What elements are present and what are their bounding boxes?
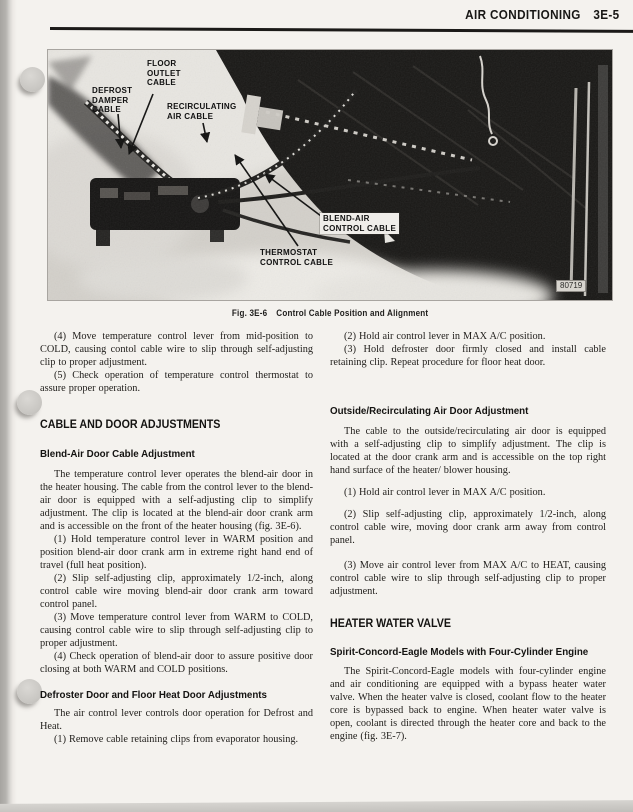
photo-label-floor-outlet-cable: FLOOR OUTLET CABLE bbox=[147, 59, 181, 88]
outside-recirc-step-1: (1) Hold air control lever in MAX A/C po… bbox=[330, 486, 606, 499]
outside-recirc-intro: The cable to the outside/recirculating a… bbox=[330, 425, 606, 477]
section-heading-cable-and-door-adjustments: CABLE AND DOOR ADJUSTMENTS bbox=[40, 419, 313, 431]
punch-hole-bottom bbox=[17, 679, 42, 704]
punch-hole-middle bbox=[17, 390, 42, 415]
photo-label-defrost-damper-cable: DEFROST DAMPER CABLE bbox=[92, 86, 132, 115]
subheading-spirit-concord-eagle-four-cylinder: Spirit-Concord-Eagle Models with Four-Cy… bbox=[330, 646, 606, 658]
left-step-4: (4) Move temperature control lever from … bbox=[40, 330, 313, 369]
subheading-defroster-floor-heat-door-adjustments: Defroster Door and Floor Heat Door Adjus… bbox=[40, 689, 313, 701]
subheading-outside-recirculating-air-door-adjustment: Outside/Recirculating Air Door Adjustmen… bbox=[330, 405, 606, 417]
photo-reference-number: 80719 bbox=[556, 280, 586, 292]
blend-air-step-2: (2) Slip self-adjusting clip, approximat… bbox=[40, 572, 313, 611]
photo-label-blend-air-control-cable: BLEND-AIR CONTROL CABLE bbox=[320, 213, 399, 234]
photo-label-recirculating-air-cable: RECIRCULATING AIR CABLE bbox=[167, 102, 237, 121]
page-bottom-edge bbox=[0, 800, 633, 812]
header-page-number: 3E-5 bbox=[594, 7, 620, 22]
left-step-5: (5) Check operation of temperature contr… bbox=[40, 369, 313, 395]
blend-air-step-3: (3) Move temperature control lever from … bbox=[40, 611, 313, 650]
right-column: (2) Hold air control lever in MAX A/C po… bbox=[330, 330, 606, 743]
left-column: (4) Move temperature control lever from … bbox=[40, 330, 313, 746]
outside-recirc-step-3: (3) Move air control lever from MAX A/C … bbox=[330, 559, 606, 598]
header-rule bbox=[50, 27, 633, 33]
manual-page-scan: AIR CONDITIONING3E-5 bbox=[0, 0, 633, 812]
blend-air-step-1: (1) Hold temperature control lever in WA… bbox=[40, 533, 313, 572]
heater-water-valve-intro: The Spirit-Concord-Eagle models with fou… bbox=[330, 665, 606, 743]
defroster-step-1: (1) Remove cable retaining clips from ev… bbox=[40, 733, 313, 746]
blend-air-step-4: (4) Check operation of blend-air door to… bbox=[40, 650, 313, 676]
defroster-intro: The air control lever controls door oper… bbox=[40, 707, 313, 733]
blend-air-intro: The temperature control lever operates t… bbox=[40, 468, 313, 533]
header-section-title: AIR CONDITIONING bbox=[466, 7, 582, 22]
section-heading-heater-water-valve: HEATER WATER VALVE bbox=[330, 618, 606, 630]
subheading-blend-air-door-cable-adjustment: Blend-Air Door Cable Adjustment bbox=[40, 448, 313, 460]
photo-label-thermostat-control-cable: THERMOSTAT CONTROL CABLE bbox=[260, 248, 333, 267]
torn-page-edge bbox=[0, 0, 17, 812]
right-step-2: (2) Hold air control lever in MAX A/C po… bbox=[330, 330, 606, 343]
outside-recirc-step-2: (2) Slip self-adjusting clip, approximat… bbox=[330, 508, 606, 547]
figure-caption-title: Control Cable Position and Alignment bbox=[276, 308, 428, 318]
figure-caption-number: Fig. 3E-6 bbox=[232, 308, 267, 318]
figure-photo: FLOOR OUTLET CABLE DEFROST DAMPER CABLE … bbox=[48, 50, 612, 300]
right-step-3: (3) Hold defroster door firmly closed an… bbox=[330, 343, 606, 369]
page-header: AIR CONDITIONING3E-5 bbox=[448, 7, 620, 22]
punch-hole-top bbox=[20, 67, 45, 92]
figure-caption: Fig. 3E-6Control Cable Position and Alig… bbox=[48, 308, 612, 318]
